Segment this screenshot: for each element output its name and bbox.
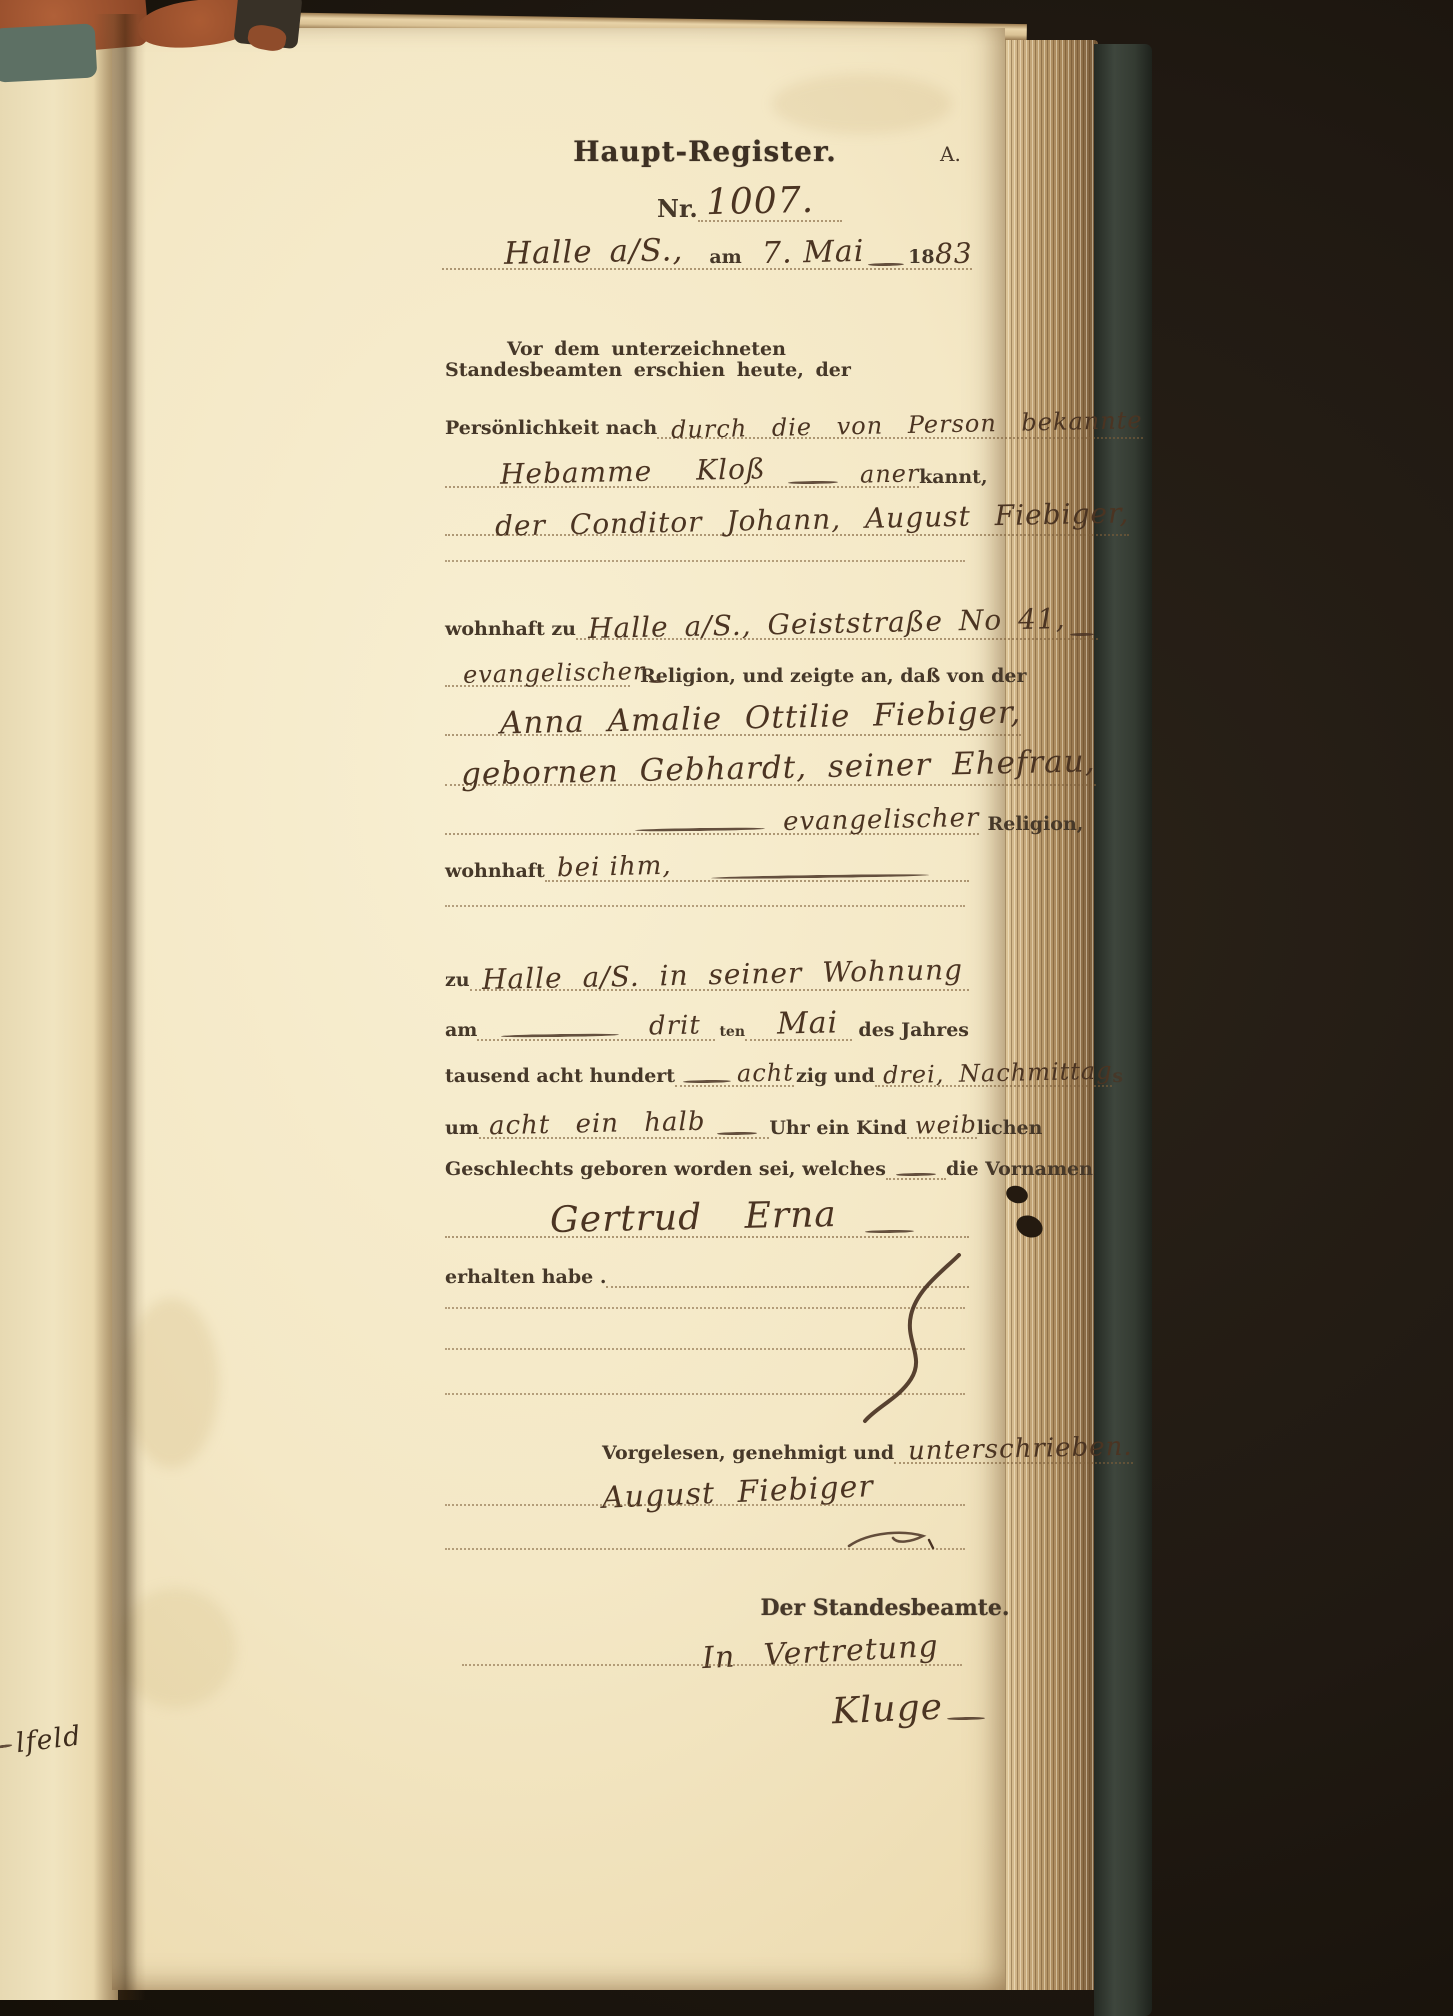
residence-value: Halle a/S., Geiststraße No 41, [588, 605, 1066, 643]
intro-line-4: der Conditor Johann, August Fiebiger, [445, 490, 969, 536]
pen-stroke [0, 1744, 12, 1750]
sex-suffix-printed: lichen [977, 1118, 1043, 1139]
anerkannt-printed: kannt, [919, 467, 988, 488]
religion-father-fill: evangelischer [445, 661, 630, 687]
registrar-title-row: Der Standesbeamte. [755, 1584, 1015, 1620]
intro-line-2: Persönlichkeit nach durch die von Person… [445, 395, 969, 439]
received-label: erhalten habe . [445, 1267, 606, 1288]
clock-label: Uhr ein Kind [769, 1118, 907, 1139]
year-printed: tausend acht hundert [445, 1066, 675, 1087]
pen-stroke [501, 1033, 619, 1038]
registrar-title: Der Standesbeamte. [760, 1596, 1009, 1620]
vornamen-label: die Vornamen [946, 1159, 1093, 1180]
unit-suffix-printed: s [1112, 1066, 1123, 1087]
mother-birthname-fill: gebornen Gebhardt, seiner Ehefrau, [445, 753, 1096, 786]
residence-mother-value: bei ihm, [556, 853, 671, 881]
decade-fill: acht [675, 1061, 794, 1087]
religion-mother-fill: evangelischer [445, 807, 979, 835]
time-fill: acht ein halb [479, 1111, 769, 1139]
declarant-role: Hebamme Kloß [500, 455, 766, 489]
child-name: Gertrud Erna [550, 1197, 837, 1239]
identity-hand: durch die von Person bekannte [671, 408, 1143, 442]
closing-row: Vorgelesen, genehmigt und unterschrieben… [602, 1418, 1032, 1464]
pen-stroke [947, 1717, 985, 1721]
pen-stroke [683, 1080, 731, 1084]
residence-mother-fill: bei ihm, [545, 854, 969, 882]
book-cover-edge [1094, 44, 1152, 2016]
pen-stroke [788, 481, 838, 485]
anerkannt-hand-prefix: aner [859, 461, 919, 486]
birthday-fill: drit [477, 1013, 715, 1041]
residence-mother-row: wohnhaft bei ihm, [445, 840, 969, 882]
record-number-label: Nr. [657, 196, 698, 222]
birthtime-row: um acht ein halb Uhr ein Kind weib liche… [445, 1093, 969, 1139]
religion-father-row: evangelischer Religion, und zeigte an, d… [445, 643, 969, 687]
record-number-value: 1007. [705, 183, 814, 221]
persoenlichkeit-label: Persönlichkeit nach [445, 418, 657, 439]
birthyear-row: tausend acht hundert acht zig und drei, … [445, 1043, 969, 1087]
pen-stroke [635, 827, 765, 832]
sex-line-printed: Geschlechts geboren worden sei, welches [445, 1159, 886, 1180]
dateline-year-written: 83 [934, 240, 972, 269]
register-book-scan: Haupt-Register. A. Nr. 1007. Halle a/S.,… [0, 0, 1453, 2016]
book-gutter-shadow [94, 14, 146, 2000]
declarant-fill: Hebamme Kloß aner [445, 458, 919, 488]
zu-label: zu [445, 970, 470, 991]
birth-month-fill: Mai [745, 1009, 852, 1041]
religion-mother-row: evangelischer Religion, [445, 793, 969, 835]
blank-dotted-rule [445, 1504, 965, 1506]
pen-stroke [717, 1132, 757, 1136]
father-name: der Conditor Johann, August Fiebiger, [495, 499, 1130, 540]
birth-decade: acht [737, 1060, 794, 1085]
religion-mother-value: evangelischer [783, 805, 980, 835]
mother-name-row: Anna Amalie Ottilie Fiebiger, [445, 688, 969, 736]
birth-time: acht ein halb [489, 1109, 706, 1140]
mother-name: Anna Amalie Ottilie Fiebiger, [500, 698, 1022, 740]
blank-dotted-rule [462, 1664, 962, 1666]
day-suffix-printed: ten [719, 1024, 745, 1041]
identity-fill: durch die von Person bekannte [657, 413, 1143, 439]
record-number-row: Nr. 1007. [657, 178, 842, 222]
blank-dotted-rule [445, 560, 965, 562]
birthplace-fill: Halle a/S. in seiner Wohnung [470, 961, 969, 991]
father-signature-row: August Fiebiger [602, 1460, 882, 1508]
birth-day: drit [649, 1012, 701, 1039]
decade-suffix-printed: zig und [796, 1066, 875, 1087]
small-flourish-stroke [845, 1526, 945, 1556]
intro-line-1: Vor dem unterzeichneten Standesbeamten e… [445, 347, 969, 381]
dateline-place: Halle a/S., [504, 235, 684, 270]
record-number-fill: 1007. [698, 184, 842, 222]
blank-dotted-rule [445, 905, 965, 907]
pen-stroke [1070, 633, 1094, 636]
religion-father-printed: Religion, und zeigte an, daß von der [640, 666, 1026, 687]
page-letter-row: A. [940, 138, 1000, 166]
dateline-am-label: am [709, 247, 741, 268]
cancel-flourish-stroke [855, 1253, 965, 1425]
sex-fill: weib [907, 1113, 977, 1139]
dateline-date: 7. Mai [761, 237, 864, 269]
register-page: Haupt-Register. A. Nr. 1007. Halle a/S.,… [112, 28, 1005, 1990]
birthplace-value: Halle a/S. in seiner Wohnung [481, 956, 963, 994]
residence-mother-label: wohnhaft [445, 861, 545, 882]
mother-name-fill: Anna Amalie Ottilie Fiebiger, [445, 703, 1021, 736]
birth-month: Mai [777, 1008, 839, 1039]
birthdate-row: am drit ten Mai des Jahres [445, 995, 969, 1041]
religion-father-value: evangelischer [463, 659, 646, 687]
pen-stroke [896, 1173, 936, 1177]
intro-line-3: Hebamme Kloß aner kannt, [445, 442, 969, 488]
pen-stroke [711, 873, 929, 879]
mother-birthname: gebornen Gebhardt, seiner Ehefrau, [461, 746, 1096, 790]
registrar-signature-row: Kluge [832, 1670, 1052, 1728]
unit-fill: drei, Nachmittag [875, 1061, 1113, 1087]
closing-hand-fill: unterschrieben. [894, 1436, 1133, 1464]
father-name-fill: der Conditor Johann, August Fiebiger, [445, 506, 1129, 536]
page-letter: A. [940, 142, 961, 166]
binding-wear-patch [0, 23, 97, 82]
pen-stroke [865, 1230, 914, 1234]
um-label: um [445, 1118, 479, 1139]
page-header: Haupt-Register. [445, 132, 965, 168]
page-title: Haupt-Register. [573, 135, 837, 168]
dateline-fill: Halle a/S., am 7. Mai 18 83 [442, 237, 972, 270]
father-signature: August Fiebiger [601, 1472, 874, 1514]
paper-stain [772, 74, 952, 134]
intro-text-1: Vor dem unterzeichneten Standesbeamten e… [445, 339, 969, 381]
birthplace-row: zu Halle a/S. in seiner Wohnung [445, 943, 969, 991]
registrar-signature: Kluge [831, 1690, 943, 1731]
year-label: des Jahres [858, 1020, 969, 1041]
child-name-row: Gertrud Erna [445, 1186, 969, 1238]
religion-mother-printed: Religion, [987, 814, 1083, 835]
dateline-year-printed: 18 [908, 247, 934, 268]
child-name-fill: Gertrud Erna [445, 1200, 969, 1238]
deputy-note-row: In Vertretung [702, 1622, 1022, 1668]
pen-stroke [868, 263, 904, 267]
am-label: am [445, 1020, 477, 1041]
residence-row: wohnhaft zu Halle a/S., Geiststraße No 4… [445, 594, 969, 640]
residence-fill: Halle a/S., Geiststraße No 41, [576, 610, 1098, 640]
residence-label: wohnhaft zu [445, 619, 576, 640]
mother-birthname-row: gebornen Gebhardt, seiner Ehefrau, [445, 738, 969, 786]
deputy-note: In Vertretung [701, 1632, 939, 1674]
sex-dash-fill [886, 1173, 946, 1180]
child-sex-hand: weib [915, 1112, 977, 1137]
birth-unit: drei, Nachmittag [883, 1059, 1113, 1088]
sex-row: Geschlechts geboren worden sei, welches … [445, 1140, 969, 1180]
closing-hand: unterschrieben. [908, 1434, 1133, 1465]
dateline-row: Halle a/S., am 7. Mai 18 83 [442, 222, 957, 270]
